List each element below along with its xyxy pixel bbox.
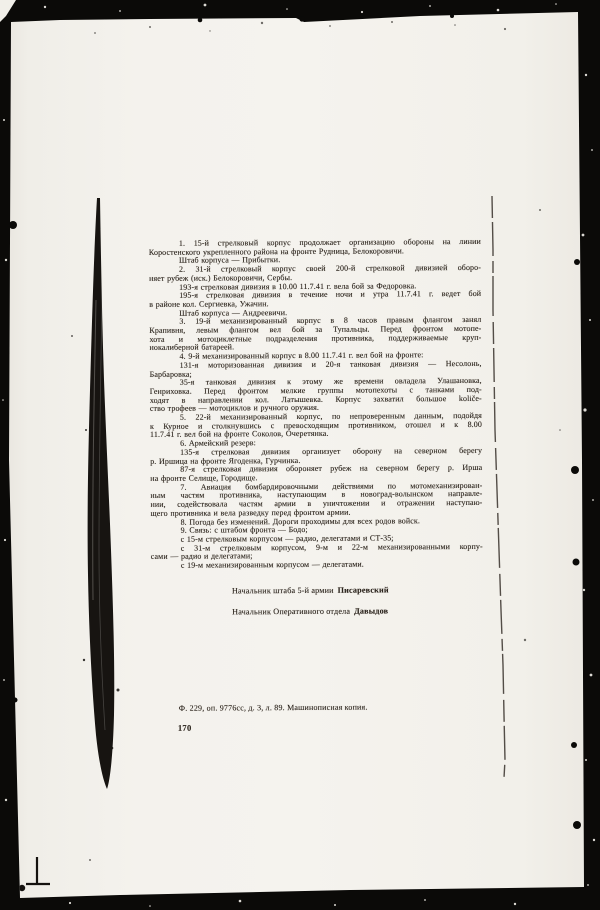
signature-line-operations-chief: Начальник Оперативного отделаДавыдов	[232, 601, 389, 622]
paper-sheet: 1. 15-й стрелковый корпус продолжает орг…	[0, 0, 600, 910]
page-number: 170	[178, 723, 192, 733]
signature-role: Начальник Оперативного отдела	[232, 606, 350, 616]
document-body: 1. 15-й стрелковый корпус продолжает орг…	[149, 238, 483, 571]
text-line: с 19-м механизированным корпусом — делег…	[151, 560, 483, 571]
page-content: 1. 15-й стрелковый корпус продолжает орг…	[0, 0, 600, 910]
corner-white-notch	[0, 0, 16, 22]
signature-line-chief-of-staff: Начальник штаба 5-й армииПисаревский	[232, 580, 389, 601]
signature-name: Писаревский	[338, 585, 389, 594]
signature-role: Начальник штаба 5-й армии	[232, 586, 334, 596]
scanned-document-page: 1. 15-й стрелковый корпус продолжает орг…	[0, 0, 600, 910]
signature-name: Давыдов	[354, 606, 388, 615]
archive-reference: Ф. 229, оп. 9776сс, д. 3, л. 89. Машиноп…	[179, 703, 368, 713]
signature-block: Начальник штаба 5-й армииПисаревский Нач…	[232, 580, 389, 622]
